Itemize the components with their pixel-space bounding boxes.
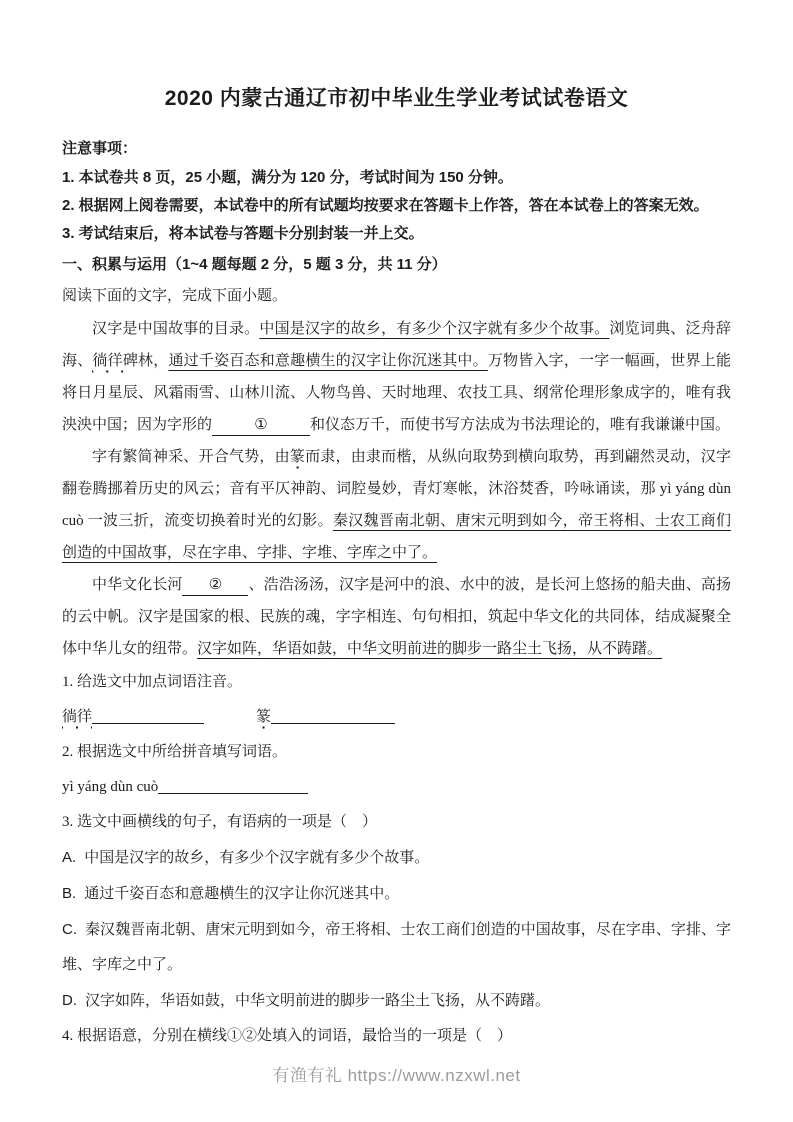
question-3-option-a: A.中国是汉字的故乡，有多少个汉字就有多少个故事。 [62, 840, 731, 876]
dotted-word: 徜徉 [92, 353, 122, 374]
question-3-stem: 3. 选文中画横线的句子，有语病的一项是（ ） [62, 805, 731, 840]
notice-item: 2. 根据网上阅卷需要，本试卷中的所有试题均按要求在答题卡上作答，答在本试卷上的… [62, 192, 731, 220]
question-3-option-b: B.通过千姿百态和意趣横生的汉字让你沉迷其中。 [62, 876, 731, 912]
option-text: 通过千姿百态和意趣横生的汉字让你沉迷其中。 [84, 886, 399, 902]
section-one-heading: 一、积累与运用（1~4 题每题 2 分，5 题 3 分，共 11 分） [62, 250, 731, 280]
passage-text: 字有繁简神采、开合气势，由 [92, 449, 290, 465]
passage-text: 碑林， [123, 353, 169, 369]
underlined-sentence: 通过千姿百态和意趣横生的汉字让你沉迷其中。 [168, 353, 487, 369]
question-2-stem: 2. 根据选文中所给拼音填写词语。 [62, 735, 731, 770]
passage-text: 汉字是中国故事的目录。 [92, 321, 259, 337]
page-title: 2020 内蒙古通辽市初中毕业生学业考试试卷语文 [62, 84, 731, 114]
option-text: 中国是汉字的故乡，有多少个汉字就有多少个故事。 [84, 850, 429, 866]
footer-watermark: 有渔有礼 https://www.nzxwl.net [0, 1061, 793, 1086]
page-content: 2020 内蒙古通辽市初中毕业生学业考试试卷语文 注意事项： 1. 本试卷共 8… [0, 0, 793, 1054]
question-2-answer-row: yì yáng dùn cuò [62, 770, 731, 805]
option-label: D. [62, 992, 77, 1009]
question-1-stem: 1. 给选文中加点词语注音。 [62, 665, 731, 700]
notice-list: 1. 本试卷共 8 页，25 小题，满分为 120 分，考试时间为 150 分钟… [62, 164, 731, 248]
question-1-answer-row: 徜徉篆 [62, 700, 731, 735]
answer-blank-line [271, 709, 395, 724]
question-list: 1. 给选文中加点词语注音。徜徉篆2. 根据选文中所给拼音填写词语。yì yán… [62, 665, 731, 1054]
pinyin-label: yì yáng dùn cuò [62, 779, 158, 795]
option-text: 汉字如阵，华语如鼓，中华文明前进的脚步一路尘土飞扬，从不踌躇。 [85, 993, 550, 1009]
answer-blank-line [92, 709, 204, 724]
underlined-sentence: 中国是汉字的故乡，有多少个汉字就有多少个故事。 [259, 321, 609, 337]
passage-paragraph: 汉字是中国故事的目录。中国是汉字的故乡，有多少个汉字就有多少个故事。浏览词典、泛… [62, 313, 731, 441]
dotted-word-label: 篆 [256, 709, 271, 730]
inline-blank-2: ② [182, 576, 248, 596]
passage-text: 中华文化长河 [92, 577, 182, 593]
answer-blank-line [158, 779, 308, 794]
question-3-option-c: C.秦汉魏晋南北朝、唐宋元明到如今，帝王将相、士农工商们创造的中国故事，尽在字串… [62, 912, 731, 983]
notice-item: 1. 本试卷共 8 页，25 小题，满分为 120 分，考试时间为 150 分钟… [62, 164, 731, 192]
underlined-sentence: 汉字如阵，华语如鼓，中华文明前进的脚步一路尘土飞扬，从不踌躇。 [197, 641, 662, 657]
notice-item: 3. 考试结束后，将本试卷与答题卡分别封装一并上交。 [62, 220, 731, 248]
dotted-word: 篆 [290, 449, 305, 470]
option-label: A. [62, 849, 76, 866]
option-text: 秦汉魏晋南北朝、唐宋元明到如今，帝王将相、士农工商们创造的中国故事，尽在字串、字… [62, 922, 731, 973]
passage-text: 和仪态万千，而使书写方法成为书法理论的，唯有我谦谦中国。 [310, 417, 730, 433]
passage-intro: 阅读下面的文字，完成下面小题。 [62, 280, 731, 313]
option-label: B. [62, 885, 76, 902]
question-3-option-d: D.汉字如阵，华语如鼓，中华文明前进的脚步一路尘土飞扬，从不踌躇。 [62, 983, 731, 1019]
inline-blank-1: ① [212, 416, 310, 436]
reading-passage: 汉字是中国故事的目录。中国是汉字的故乡，有多少个汉字就有多少个故事。浏览词典、泛… [62, 313, 731, 665]
option-label: C. [62, 921, 77, 938]
exam-paper-page: 2020 内蒙古通辽市初中毕业生学业考试试卷语文 注意事项： 1. 本试卷共 8… [0, 0, 793, 1122]
question-4-stem: 4. 根据语意，分别在横线①②处填入的词语，最恰当的一项是（ ） [62, 1019, 731, 1054]
dotted-word-label: 徜徉 [62, 709, 92, 730]
passage-paragraph: 字有繁简神采、开合气势，由篆而隶，由隶而楷，从纵向取势到横向取势，再到翩然灵动，… [62, 441, 731, 569]
notice-heading: 注意事项： [62, 134, 731, 164]
passage-paragraph: 中华文化长河②、浩浩汤汤，汉字是河中的浪、水中的波，是长河上悠扬的船夫曲、高扬的… [62, 569, 731, 665]
